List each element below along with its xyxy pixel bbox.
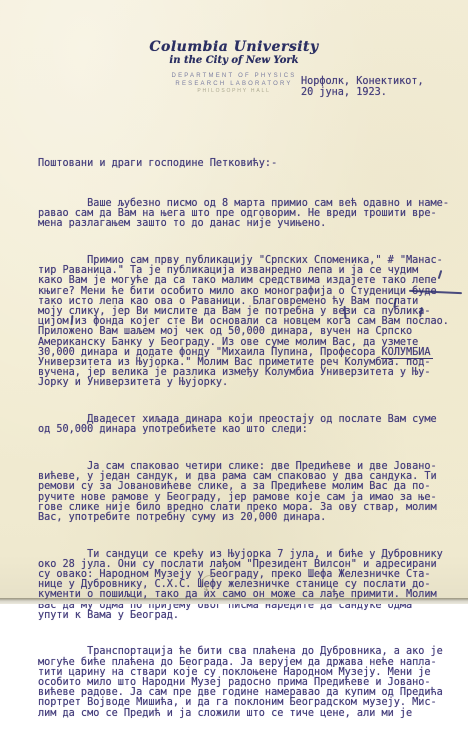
paragraph-2: Примио сам прву публикацију "Српских Спо… — [38, 256, 450, 389]
paragraph-2-text-start: Примио сам прву публикацију "Српских Спо… — [38, 255, 449, 358]
paragraph-4: Ја сам спаковао четири слике: две Предић… — [38, 462, 450, 523]
paragraph-3: Двадесет хиљада динара који преостају од… — [38, 415, 450, 435]
letterhead-university-name: Columbia University — [0, 40, 468, 55]
letterhead-city-line: in the City of New York — [0, 55, 468, 67]
paragraph-5: Ти сандуци се крећу из Њујорка 7 јула, и… — [38, 550, 450, 604]
dateline: Норфолк, Конектикот, 20 јуна, 1923. — [301, 77, 424, 98]
paragraph-1: Ваше љубезно писмо од 8 марта примио сам… — [38, 199, 450, 230]
letter-scan-page: Columbia University in the City of New Y… — [0, 0, 468, 604]
paragraph-2-text-end: Универзитета из Њујорка." Молим Вас прим… — [38, 357, 431, 388]
salutation: Поштовани и драги господине Петковићу:- — [38, 159, 450, 169]
pencil-page-number: 4 — [204, 585, 208, 593]
paper-bottom-edge — [0, 599, 468, 604]
letter-body: Поштовани и драги господине Петковићу:- … — [38, 139, 450, 604]
